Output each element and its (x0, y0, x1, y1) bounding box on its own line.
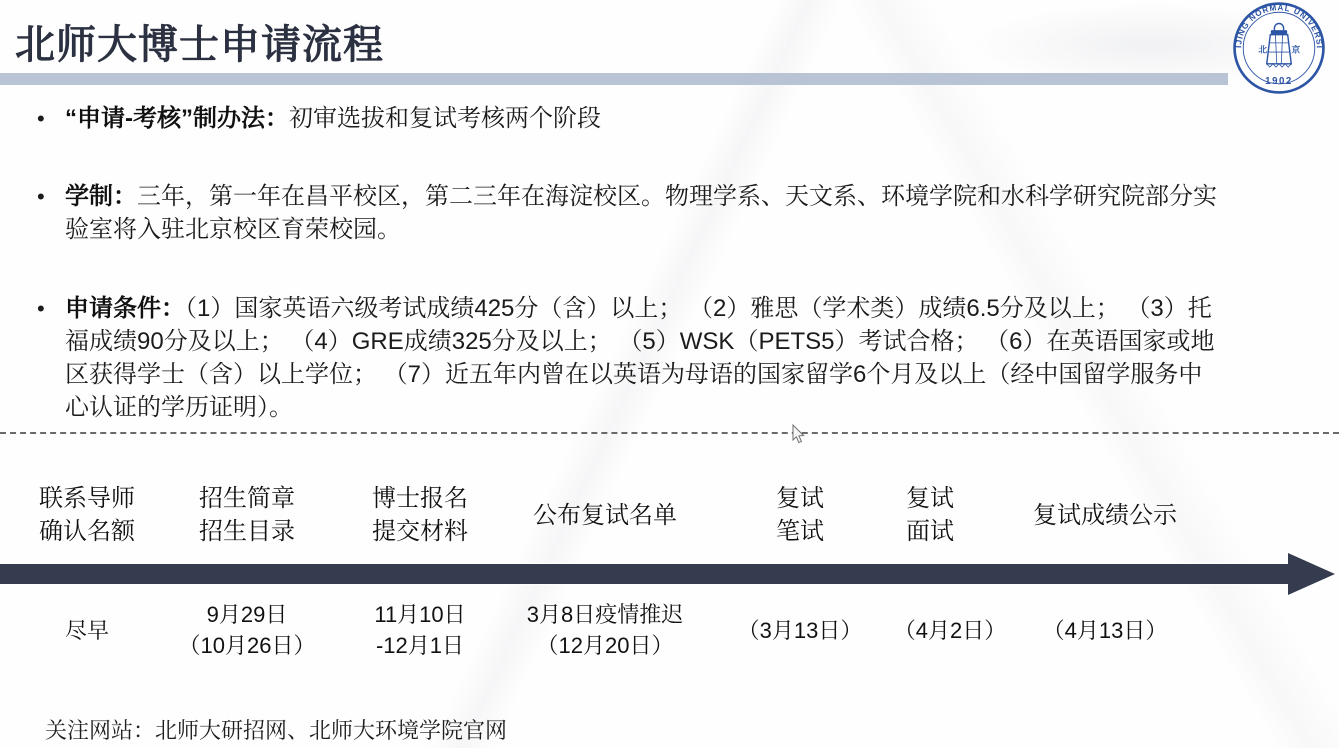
timeline-stage: 复试笔试 （3月13日） (725, 470, 875, 664)
stage-date: （4月2日） (875, 596, 1025, 664)
stage-label-line: 招生简章 (167, 482, 327, 515)
timeline-stage: 招生简章招生目录 9月29日（10月26日） (167, 470, 327, 664)
title-underline-bar (0, 73, 1228, 85)
page-title: 北师大博士申请流程 (15, 13, 384, 70)
stage-date-line: 9月29日 (167, 599, 327, 630)
stage-date-line: 11月10日 (340, 599, 500, 630)
presentation-slide: 北师大博士申请流程 BEIJING NORMAL UNIVERSITY 1902… (0, 0, 1339, 748)
stage-date: 11月10日-12月1日 (340, 596, 500, 664)
bullet-marker: • (37, 180, 45, 213)
stage-label-line: 确认名额 (12, 515, 162, 548)
stage-label-line: 复试 (725, 482, 875, 515)
timeline-arrow-head-icon (1288, 553, 1335, 595)
bullet-bold-label: 申请条件： (65, 295, 185, 322)
stage-label: 招生简章招生目录 (167, 470, 327, 560)
stage-label: 复试笔试 (725, 470, 875, 560)
stage-date: 3月8日疫情推迟（12月20日） (490, 596, 720, 664)
stage-date-line: （3月13日） (725, 615, 875, 646)
stage-date: （3月13日） (725, 596, 875, 664)
timeline-arrow-bar (0, 564, 1289, 584)
stage-label: 联系导师确认名额 (12, 470, 162, 560)
bullet-marker: • (37, 102, 45, 135)
bullet-marker: • (37, 292, 45, 325)
stage-label-line: 复试 (855, 482, 1005, 515)
stage-label-line: 提交材料 (340, 515, 500, 548)
stage-label-line: 联系导师 (12, 482, 162, 515)
stage-date-line: 尽早 (12, 615, 162, 646)
bullet-item-application-system: •“申请-考核”制办法：初审选拔和复试考核两个阶段 (37, 102, 1222, 135)
stage-label-line: 公布复试名单 (490, 499, 720, 532)
bullet-text: 初审选拔和复试考核两个阶段 (289, 105, 601, 132)
stage-date-line: （12月20日） (490, 630, 720, 661)
stage-label-line: 招生目录 (167, 515, 327, 548)
timeline-stage: 联系导师确认名额 尽早 (12, 470, 162, 664)
bullet-list: •“申请-考核”制办法：初审选拔和复试考核两个阶段 •学制：三年，第一年在昌平校… (37, 102, 1222, 424)
university-seal-icon: BEIJING NORMAL UNIVERSITY 1902 北 京 (1232, 1, 1326, 95)
stage-date-line: （10月26日） (167, 630, 327, 661)
stage-date: （4月13日） (985, 596, 1225, 664)
timeline-stage: 复试成绩公示 （4月13日） (985, 470, 1225, 664)
timeline-stage: 公布复试名单 3月8日疫情推迟（12月20日） (490, 470, 720, 664)
bullet-text: （1）国家英语六级考试成绩425分（含）以上； （2）雅思（学术类）成绩6.5分… (65, 295, 1215, 421)
timeline-stage: 复试面试 （4月2日） (855, 470, 1005, 664)
dashed-divider (0, 432, 1339, 434)
stage-date: 尽早 (12, 596, 162, 664)
stage-label-line: 复试成绩公示 (985, 499, 1225, 532)
stage-label: 公布复试名单 (490, 470, 720, 560)
stage-date: 9月29日（10月26日） (167, 596, 327, 664)
mouse-cursor-icon (791, 424, 807, 446)
logo-right-char: 京 (1292, 44, 1301, 55)
stage-label: 复试成绩公示 (985, 470, 1225, 560)
stage-label: 博士报名提交材料 (340, 470, 500, 560)
bullet-bold-label: 学制： (65, 183, 137, 210)
logo-left-char: 北 (1258, 44, 1267, 55)
logo-year: 1902 (1265, 76, 1293, 87)
bullet-text: 三年，第一年在昌平校区，第二三年在海淀校区。物理学系、天文系、环境学院和水科学研… (65, 183, 1217, 243)
timeline-stage: 博士报名提交材料 11月10日-12月1日 (340, 470, 500, 664)
stage-label-line: 博士报名 (340, 482, 500, 515)
stage-date-line: （4月2日） (875, 615, 1025, 646)
stage-date-line: 3月8日疫情推迟 (490, 599, 720, 630)
stage-date-line: （4月13日） (985, 615, 1225, 646)
bullet-item-requirements: •申请条件：（1）国家英语六级考试成绩425分（含）以上； （2）雅思（学术类）… (37, 292, 1222, 424)
stage-label: 复试面试 (855, 470, 1005, 560)
footer-note: 关注网站：北师大研招网、北师大环境学院官网 (45, 714, 507, 745)
stage-label-line: 面试 (855, 515, 1005, 548)
stage-label-line: 笔试 (725, 515, 875, 548)
bullet-bold-label: “申请-考核”制办法： (65, 105, 289, 132)
bullet-item-program-length: •学制：三年，第一年在昌平校区，第二三年在海淀校区。物理学系、天文系、环境学院和… (37, 180, 1222, 246)
stage-date-line: -12月1日 (340, 630, 500, 661)
